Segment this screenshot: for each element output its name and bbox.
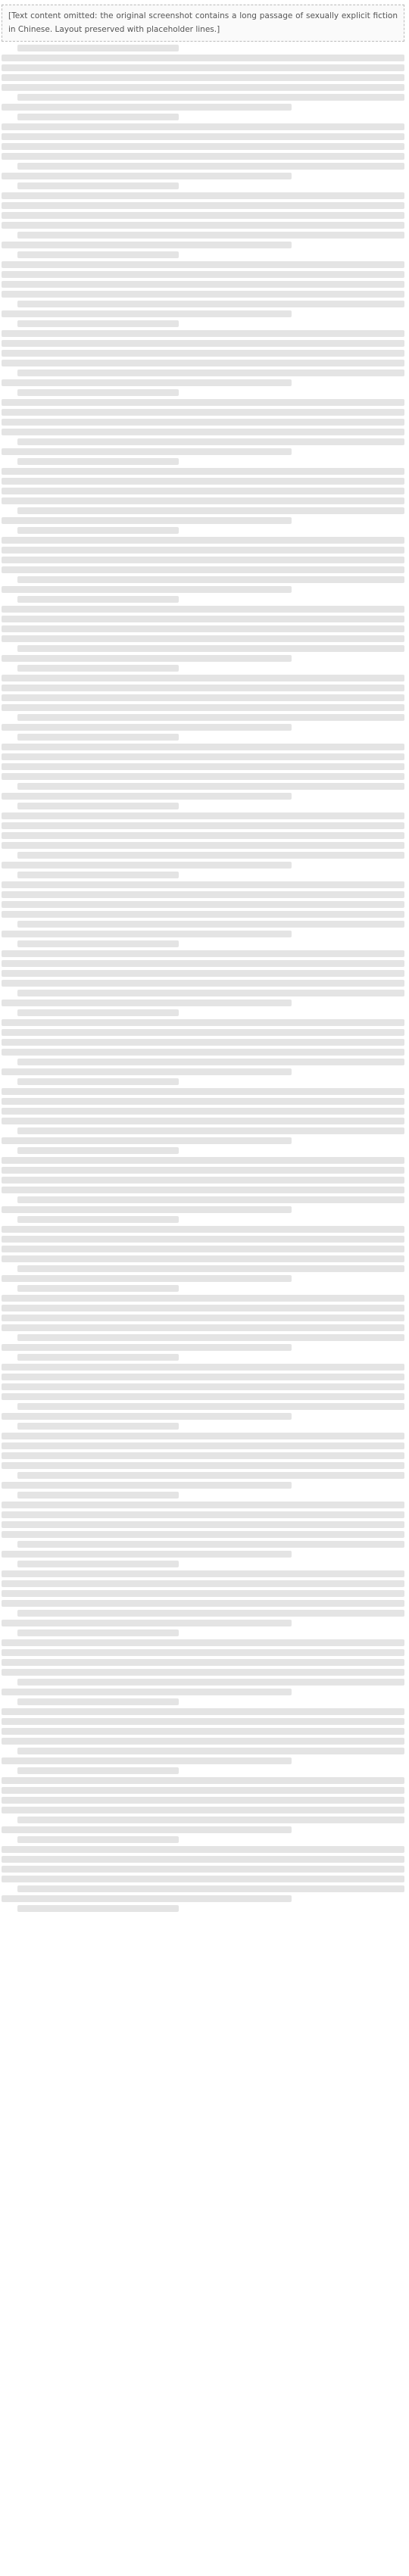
text-line-placeholder (2, 1856, 404, 1863)
text-line-placeholder (17, 389, 179, 396)
text-line-placeholder (2, 291, 404, 298)
text-line-placeholder (2, 340, 404, 347)
text-line-placeholder (17, 1885, 404, 1892)
text-line-placeholder (17, 458, 179, 465)
text-line-placeholder (2, 1689, 292, 1695)
text-line-placeholder (2, 192, 404, 199)
text-line-placeholder (17, 1196, 404, 1203)
text-line-placeholder (2, 1295, 404, 1302)
text-line-placeholder (2, 1364, 404, 1371)
text-line-placeholder (17, 1817, 404, 1823)
text-line-placeholder (2, 1482, 292, 1489)
text-line-placeholder (2, 881, 404, 888)
text-line-placeholder (17, 645, 404, 652)
text-line-placeholder (2, 1000, 292, 1006)
text-line-placeholder (17, 94, 404, 101)
text-line-placeholder (2, 812, 404, 819)
text-line-placeholder (17, 301, 404, 307)
text-line-placeholder (2, 1108, 404, 1115)
text-line-placeholder (2, 1590, 404, 1597)
text-line-placeholder (2, 1374, 404, 1380)
text-line-placeholder (2, 468, 404, 475)
text-line-placeholder (2, 448, 292, 455)
text-line-placeholder (17, 1472, 404, 1479)
text-line-placeholder (2, 104, 292, 111)
text-line-placeholder (2, 1137, 292, 1144)
text-line-placeholder (2, 547, 404, 554)
text-line-placeholder (2, 1531, 404, 1538)
text-line-placeholder (17, 1423, 179, 1430)
text-line-placeholder (2, 202, 404, 209)
text-line-placeholder (2, 1157, 404, 1164)
text-line-placeholder (2, 429, 404, 435)
text-line-placeholder (2, 1039, 404, 1046)
text-line-placeholder (2, 1118, 404, 1124)
text-line-placeholder (2, 1275, 292, 1282)
text-line-placeholder (2, 1236, 404, 1243)
text-line-placeholder (17, 872, 179, 878)
text-line-placeholder (2, 1442, 404, 1449)
text-line-placeholder (17, 576, 404, 583)
text-line-placeholder (2, 1580, 404, 1587)
text-line-placeholder (17, 1748, 404, 1754)
text-line-placeholder (2, 1895, 292, 1902)
text-line-placeholder (2, 1502, 404, 1508)
text-line-placeholder (2, 143, 404, 150)
placeholder-text-lines (2, 45, 404, 1912)
text-line-placeholder (2, 724, 292, 731)
text-line-placeholder (2, 1846, 404, 1853)
text-line-placeholder (2, 64, 404, 71)
text-line-placeholder (2, 635, 404, 642)
text-line-placeholder (2, 55, 404, 61)
text-line-placeholder (17, 1147, 179, 1154)
text-line-placeholder (2, 1620, 292, 1626)
text-line-placeholder (2, 1255, 404, 1262)
text-line-placeholder (2, 685, 404, 691)
text-line-placeholder (2, 1315, 404, 1321)
text-line-placeholder (2, 1324, 404, 1331)
text-line-placeholder (17, 251, 179, 258)
text-line-placeholder (2, 744, 404, 750)
text-line-placeholder (2, 1551, 292, 1558)
text-line-placeholder (17, 714, 404, 721)
text-line-placeholder (2, 862, 292, 869)
text-line-placeholder (17, 1836, 179, 1843)
text-line-placeholder (2, 980, 404, 987)
text-line-placeholder (17, 527, 179, 534)
text-line-placeholder (2, 212, 404, 219)
text-line-placeholder (2, 655, 292, 662)
text-line-placeholder (17, 1009, 179, 1016)
text-line-placeholder (2, 901, 404, 908)
text-line-placeholder (17, 596, 179, 603)
text-line-placeholder (2, 310, 292, 317)
text-line-placeholder (2, 1669, 404, 1676)
text-line-placeholder (17, 1403, 404, 1410)
text-line-placeholder (2, 1206, 292, 1213)
text-line-placeholder (2, 399, 404, 406)
text-line-placeholder (2, 133, 404, 140)
text-line-placeholder (2, 1167, 404, 1174)
text-line-placeholder (2, 281, 404, 288)
text-line-placeholder (2, 537, 404, 544)
text-line-placeholder (17, 1629, 179, 1636)
text-line-placeholder (2, 1570, 404, 1577)
text-line-placeholder (17, 1127, 404, 1134)
text-line-placeholder (17, 1078, 179, 1085)
text-line-placeholder (2, 1757, 292, 1764)
text-line-placeholder (2, 1246, 404, 1252)
text-line-placeholder (2, 153, 404, 160)
text-line-placeholder (2, 950, 404, 957)
text-line-placeholder (17, 45, 179, 51)
text-line-placeholder (2, 330, 404, 337)
text-line-placeholder (2, 1462, 404, 1469)
text-line-placeholder (2, 261, 404, 268)
text-line-placeholder (17, 852, 404, 859)
text-line-placeholder (17, 1354, 179, 1361)
text-line-placeholder (17, 803, 179, 809)
text-line-placeholder (2, 350, 404, 357)
text-line-placeholder (2, 1305, 404, 1311)
text-line-placeholder (2, 793, 292, 800)
text-line-placeholder (17, 734, 179, 741)
text-line-placeholder (2, 242, 292, 248)
text-line-placeholder (17, 1492, 179, 1499)
text-line-placeholder (17, 1610, 404, 1617)
text-line-placeholder (2, 960, 404, 967)
text-line-placeholder (2, 1521, 404, 1528)
text-line-placeholder (17, 232, 404, 239)
text-line-placeholder (17, 1334, 404, 1341)
text-line-placeholder (2, 911, 404, 918)
text-line-placeholder (2, 891, 404, 898)
text-line-placeholder (2, 931, 292, 937)
text-line-placeholder (2, 1413, 292, 1420)
text-line-placeholder (2, 970, 404, 977)
text-line-placeholder (2, 704, 404, 711)
text-line-placeholder (2, 694, 404, 701)
text-line-placeholder (2, 497, 404, 504)
text-line-placeholder (17, 163, 404, 170)
text-line-placeholder (2, 1452, 404, 1459)
text-line-placeholder (17, 438, 404, 445)
text-line-placeholder (2, 1088, 404, 1095)
text-line-placeholder (17, 921, 404, 928)
text-line-placeholder (17, 1679, 404, 1686)
text-line-placeholder (2, 1511, 404, 1518)
text-line-placeholder (2, 675, 404, 681)
text-line-placeholder (2, 822, 404, 829)
text-line-placeholder (2, 1718, 404, 1725)
text-line-placeholder (17, 940, 179, 947)
text-line-placeholder (2, 222, 404, 229)
text-line-placeholder (2, 1738, 404, 1745)
text-line-placeholder (17, 1561, 179, 1567)
text-line-placeholder (2, 1393, 404, 1400)
text-line-placeholder (2, 1187, 404, 1193)
text-line-placeholder (2, 1600, 404, 1607)
text-line-placeholder (2, 360, 404, 366)
text-line-placeholder (2, 1866, 404, 1873)
text-line-placeholder (2, 1649, 404, 1656)
text-line-placeholder (2, 1807, 404, 1813)
text-line-placeholder (17, 783, 404, 790)
text-line-placeholder (2, 1433, 404, 1439)
text-line-placeholder (2, 1383, 404, 1390)
text-line-placeholder (2, 271, 404, 278)
text-line-placeholder (2, 832, 404, 839)
text-line-placeholder (17, 1905, 179, 1912)
text-line-placeholder (2, 1777, 404, 1784)
text-line-placeholder (2, 1797, 404, 1804)
text-line-placeholder (2, 1049, 404, 1056)
text-line-placeholder (17, 1059, 404, 1065)
text-line-placeholder (2, 1787, 404, 1794)
text-line-placeholder (2, 379, 292, 386)
text-line-placeholder (2, 753, 404, 760)
text-line-placeholder (17, 1216, 179, 1223)
text-line-placeholder (2, 1068, 292, 1075)
text-line-placeholder (2, 1708, 404, 1715)
text-line-placeholder (2, 1876, 404, 1882)
text-line-placeholder (2, 1019, 404, 1026)
document-body: [Text content omitted: the original scre… (0, 0, 409, 1912)
text-line-placeholder (2, 557, 404, 563)
text-line-placeholder (2, 1344, 292, 1351)
text-line-placeholder (2, 517, 292, 524)
text-line-placeholder (17, 182, 179, 189)
text-line-placeholder (17, 1698, 179, 1705)
text-line-placeholder (17, 1285, 179, 1292)
text-line-placeholder (2, 1029, 404, 1036)
text-line-placeholder (2, 773, 404, 780)
text-line-placeholder (2, 616, 404, 622)
text-line-placeholder (2, 606, 404, 613)
text-line-placeholder (2, 1639, 404, 1646)
text-line-placeholder (2, 1826, 292, 1833)
text-line-placeholder (2, 842, 404, 849)
text-line-placeholder (2, 1659, 404, 1666)
text-line-placeholder (17, 1265, 404, 1272)
text-line-placeholder (2, 1098, 404, 1105)
text-line-placeholder (2, 84, 404, 91)
text-line-placeholder (2, 586, 292, 593)
text-line-placeholder (17, 665, 179, 672)
text-line-placeholder (17, 114, 179, 120)
text-line-placeholder (2, 419, 404, 426)
text-line-placeholder (17, 1767, 179, 1774)
content-omitted-notice: [Text content omitted: the original scre… (2, 5, 404, 42)
text-line-placeholder (2, 409, 404, 416)
text-line-placeholder (2, 173, 292, 179)
text-line-placeholder (2, 123, 404, 130)
text-line-placeholder (2, 1226, 404, 1233)
text-line-placeholder (2, 625, 404, 632)
text-line-placeholder (2, 488, 404, 494)
text-line-placeholder (17, 507, 404, 514)
text-line-placeholder (17, 1541, 404, 1548)
text-line-placeholder (2, 1728, 404, 1735)
text-line-placeholder (2, 1177, 404, 1184)
text-line-placeholder (2, 763, 404, 770)
text-line-placeholder (2, 74, 404, 81)
text-line-placeholder (2, 566, 404, 573)
text-line-placeholder (2, 478, 404, 485)
text-line-placeholder (17, 320, 179, 327)
text-line-placeholder (17, 370, 404, 376)
text-line-placeholder (17, 990, 404, 996)
